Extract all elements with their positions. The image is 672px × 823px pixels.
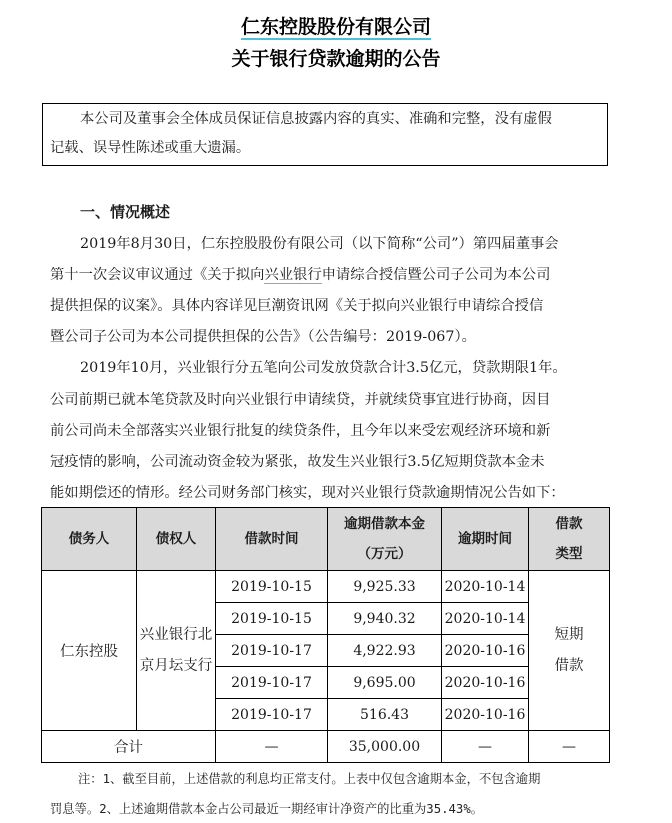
loan-date-cell: 2019-10-17 (216, 635, 328, 667)
total-loan-date: — (216, 731, 328, 763)
loan-date-cell: 2019-10-17 (216, 667, 328, 699)
loan-type-l1: 短期 (529, 620, 609, 651)
principal-cell: 9,695.00 (328, 667, 442, 699)
overdue-date-cell: 2020-10-14 (442, 603, 529, 635)
loan-type-cell: 短期 借款 (529, 571, 610, 731)
principal-cell: 4,922.93 (328, 635, 442, 667)
col-header-loan-date: 借款时间 (216, 508, 328, 571)
col-header-principal: 逾期借款本金 （万元） (328, 508, 442, 571)
col-header-debtor: 债务人 (42, 508, 137, 571)
loan-date-cell: 2019-10-15 (216, 571, 328, 603)
disclaimer-line-1: 本公司及董事会全体成员保证信息披露内容的真实、准确和完整，没有虚假 (80, 104, 552, 136)
company-name-heading: 仁东控股股份有限公司 (0, 12, 672, 39)
footnote-line1: 注：1、截至目前，上述借款的利息均正常支付。上表中仅包含逾期本金，不包含逾期 (78, 765, 540, 793)
para1-line2-pre: 第十一次会议审议通过《关于拟向 (50, 267, 264, 283)
para2-line2: 公司前期已就本笔贷款及时向兴业银行申请续贷，并就续贷事宜进行协商，因目 (50, 385, 550, 417)
para2-line4: 冠疫情的影响，公司流动资金较为紧张，故发生兴业银行3.5亿短期贷款本金未 (50, 447, 545, 479)
total-type: — (529, 731, 610, 763)
footnote-line2: 罚息等。2、上述逾期借款本金占公司最近一期经审计净资产的比重为35.43%。 (50, 795, 483, 823)
col-header-loan-type: 借款 类型 (529, 508, 610, 571)
overdue-date-cell: 2020-10-16 (442, 699, 529, 731)
overdue-date-cell: 2020-10-16 (442, 667, 529, 699)
col-header-type-l1: 借款 (529, 509, 609, 539)
total-principal: 35,000.00 (328, 731, 442, 763)
overdue-loans-table: 债务人 债权人 借款时间 逾期借款本金 （万元） 逾期时间 借款 类型 仁东控股… (41, 507, 610, 763)
para1-line4: 暨公司子公司为本公司提供担保的公告》（公告编号：2019-067）。 (50, 322, 476, 354)
loan-date-cell: 2019-10-17 (216, 699, 328, 731)
col-header-principal-l2: （万元） (328, 539, 441, 569)
col-header-overdue-date: 逾期时间 (442, 508, 529, 571)
disclaimer-line-2: 记载、误导性陈述或重大遗漏。 (50, 133, 250, 165)
overdue-date-cell: 2020-10-14 (442, 571, 529, 603)
company-name[interactable]: 仁东控股股份有限公司 (241, 16, 431, 40)
debtor-cell: 仁东控股 (42, 571, 137, 731)
col-header-type-l2: 类型 (529, 539, 609, 569)
section-heading-overview: 一、情况概述 (80, 201, 170, 222)
table-row: 仁东控股 兴业银行北 京月坛支行 2019-10-15 9,925.33 202… (42, 571, 610, 603)
para2-line3: 前公司尚未全部落实兴业银行批复的续贷条件，且今年以来受宏观经济环境和新 (50, 416, 550, 448)
para1-line3: 提供担保的议案》。具体内容详见巨潮资讯网《关于拟向兴业银行申请综合授信 (50, 291, 543, 323)
loan-type-l2: 借款 (529, 651, 609, 682)
bank-link[interactable]: 兴业银行 (264, 267, 321, 284)
para2-line1: 2019年10月，兴业银行分五笔向公司发放贷款合计3.5亿元，贷款期限1年。 (80, 353, 567, 385)
table-total-row: 合计 — 35,000.00 — — (42, 731, 610, 763)
loan-date-cell: 2019-10-15 (216, 603, 328, 635)
principal-cell: 516.43 (328, 699, 442, 731)
col-header-creditor: 债权人 (137, 508, 216, 571)
announcement-title: 关于银行贷款逾期的公告 (0, 44, 672, 71)
principal-cell: 9,940.32 (328, 603, 442, 635)
creditor-cell: 兴业银行北 京月坛支行 (137, 571, 216, 731)
creditor-l2: 京月坛支行 (137, 651, 215, 682)
creditor-l1: 兴业银行北 (137, 620, 215, 651)
para2-line5: 能如期偿还的情形。经公司财务部门核实，现对兴业银行贷款逾期情况公告如下： (50, 478, 565, 510)
para1-line2: 第十一次会议审议通过《关于拟向兴业银行申请综合授信暨公司子公司为本公司 (50, 260, 550, 292)
overdue-date-cell: 2020-10-16 (442, 635, 529, 667)
principal-cell: 9,925.33 (328, 571, 442, 603)
table-header-row: 债务人 债权人 借款时间 逾期借款本金 （万元） 逾期时间 借款 类型 (42, 508, 610, 571)
para1-line1: 2019年8月30日，仁东控股股份有限公司（以下简称“公司”）第四届董事会 (80, 229, 559, 261)
total-overdue-date: — (442, 731, 529, 763)
para1-line2-post: 申请综合授信暨公司子公司为本公司 (322, 267, 551, 283)
col-header-principal-l1: 逾期借款本金 (328, 509, 441, 539)
total-label: 合计 (42, 731, 216, 763)
